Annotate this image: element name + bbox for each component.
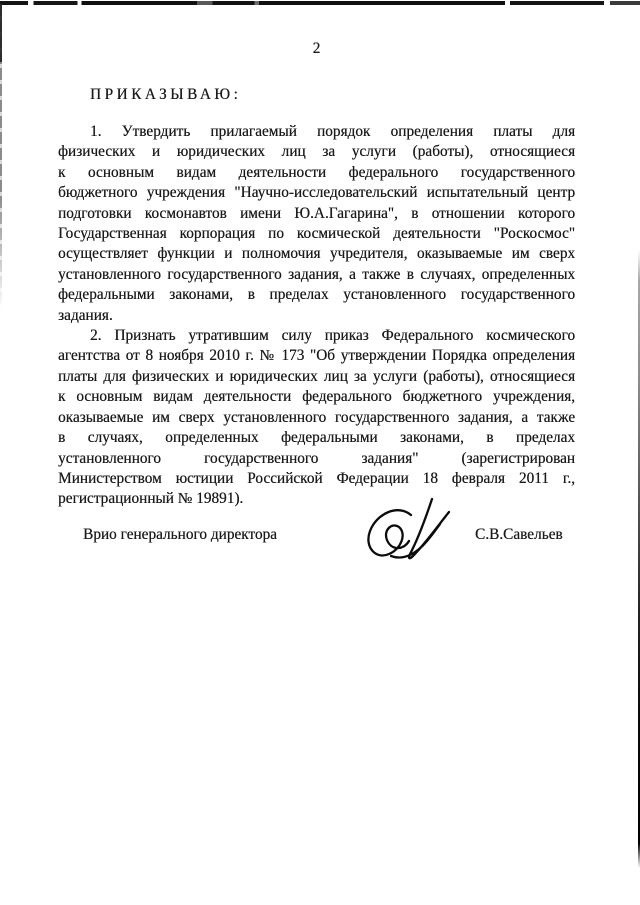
text-line: к основным видам деятельности федерально… bbox=[58, 163, 575, 183]
text-line: физических и юридических лиц за услуги (… bbox=[58, 142, 575, 162]
paragraph-1: 1. Утвердить прилагаемый порядок определ… bbox=[58, 122, 575, 326]
handwritten-signature-icon bbox=[351, 496, 456, 570]
text-line: подготовки космонавтов имени Ю.А.Гагарин… bbox=[58, 204, 575, 224]
text-line: установленного государственного задания"… bbox=[58, 449, 575, 469]
text-line: платы для физических и юридических лиц з… bbox=[58, 367, 575, 387]
text-line: Государственная корпорация по космическо… bbox=[58, 224, 575, 244]
signer-position: Врио генерального директора bbox=[83, 524, 277, 545]
document-content: 2 ПРИКАЗЫВАЮ: 1. Утвердить прилагаемый п… bbox=[58, 38, 575, 610]
text-line: Министерством юстиции Российской Федерац… bbox=[58, 469, 575, 489]
text-line: установленного государственного задания,… bbox=[58, 265, 575, 285]
text-line: задания. bbox=[58, 306, 575, 326]
text-line: в случаях, определенных федеральными зак… bbox=[58, 428, 575, 448]
text-line: бюджетного учреждения "Научно-исследоват… bbox=[58, 183, 575, 203]
text-line: 1. Утвердить прилагаемый порядок определ… bbox=[58, 122, 575, 142]
paragraph-2: 2. Признать утратившим силу приказ Федер… bbox=[58, 326, 575, 510]
order-heading: ПРИКАЗЫВАЮ: bbox=[58, 84, 575, 105]
text-line: федеральными законами, в пределах устано… bbox=[58, 285, 575, 305]
page-number: 2 bbox=[58, 38, 575, 59]
text-line: агентства от 8 ноября 2010 г. № 173 "Об … bbox=[58, 346, 575, 366]
text-line: оказываемые им сверх установленного госу… bbox=[58, 408, 575, 428]
scan-edge-right bbox=[638, 250, 640, 868]
text-line: 2. Признать утратившим силу приказ Федер… bbox=[58, 326, 575, 346]
text-line: осуществляет функции и полномочия учреди… bbox=[58, 244, 575, 264]
scan-edge-left bbox=[0, 4, 2, 310]
text-line: к основным видам деятельности федерально… bbox=[58, 387, 575, 407]
scan-edge-top bbox=[0, 1, 640, 5]
signer-name: С.В.Савельев bbox=[475, 524, 563, 545]
text-line: регистрационный № 19891). bbox=[58, 489, 575, 509]
signature-block: Врио генерального директора С.В.Савельев bbox=[58, 522, 575, 610]
